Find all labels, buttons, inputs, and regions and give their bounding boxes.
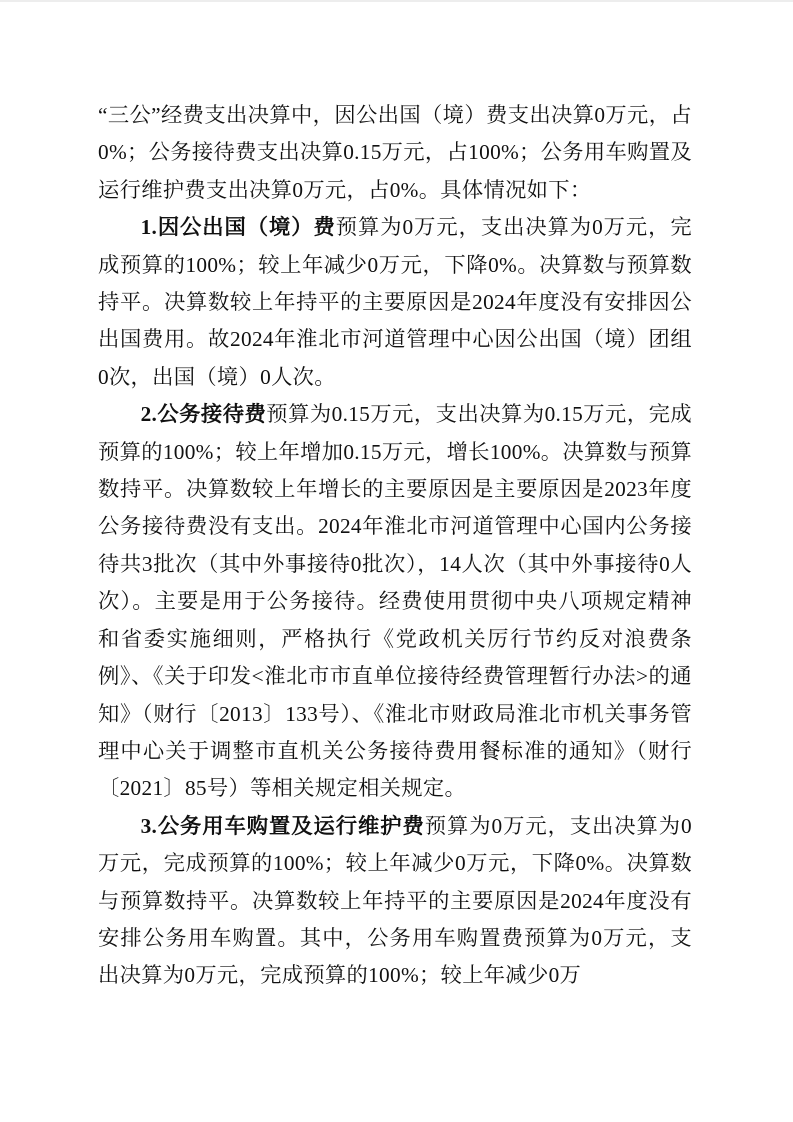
paragraph-lead-bold: 2.公务接待费 (141, 402, 267, 426)
paragraph-sangong-summary: “三公”经费支出决算中，因公出国（境）费支出决算0万元，占0%；公务接待费支出决… (98, 97, 692, 209)
paragraph-item-1-abroad-expense: 1.因公出国（境）费预算为0万元，支出决算为0万元，完成预算的100%；较上年减… (98, 209, 692, 396)
paragraph-text: 预算为0万元，支出决算为0万元，完成预算的100%；较上年减少0万元，下降0%。… (98, 215, 692, 389)
paragraph-item-3-vehicle-expense: 3.公务用车购置及运行维护费预算为0万元，支出决算为0万元，完成预算的100%；… (98, 808, 692, 995)
document-page: “三公”经费支出决算中，因公出国（境）费支出决算0万元，占0%；公务接待费支出决… (0, 0, 793, 1122)
paragraph-lead-bold: 3.公务用车购置及运行维护费 (141, 814, 425, 838)
paragraph-lead-bold: 1.因公出国（境）费 (141, 215, 336, 239)
paragraph-text: 预算为0.15万元，支出决算为0.15万元，完成预算的100%；较上年增加0.1… (98, 402, 692, 800)
document-body: “三公”经费支出决算中，因公出国（境）费支出决算0万元，占0%；公务接待费支出决… (98, 97, 692, 995)
paragraph-text: 预算为0万元，支出决算为0万元，完成预算的100%；较上年减少0万元，下降0%。… (98, 814, 692, 988)
paragraph-text: “三公”经费支出决算中，因公出国（境）费支出决算0万元，占0%；公务接待费支出决… (98, 103, 692, 202)
paragraph-item-2-reception-expense: 2.公务接待费预算为0.15万元，支出决算为0.15万元，完成预算的100%；较… (98, 396, 692, 807)
